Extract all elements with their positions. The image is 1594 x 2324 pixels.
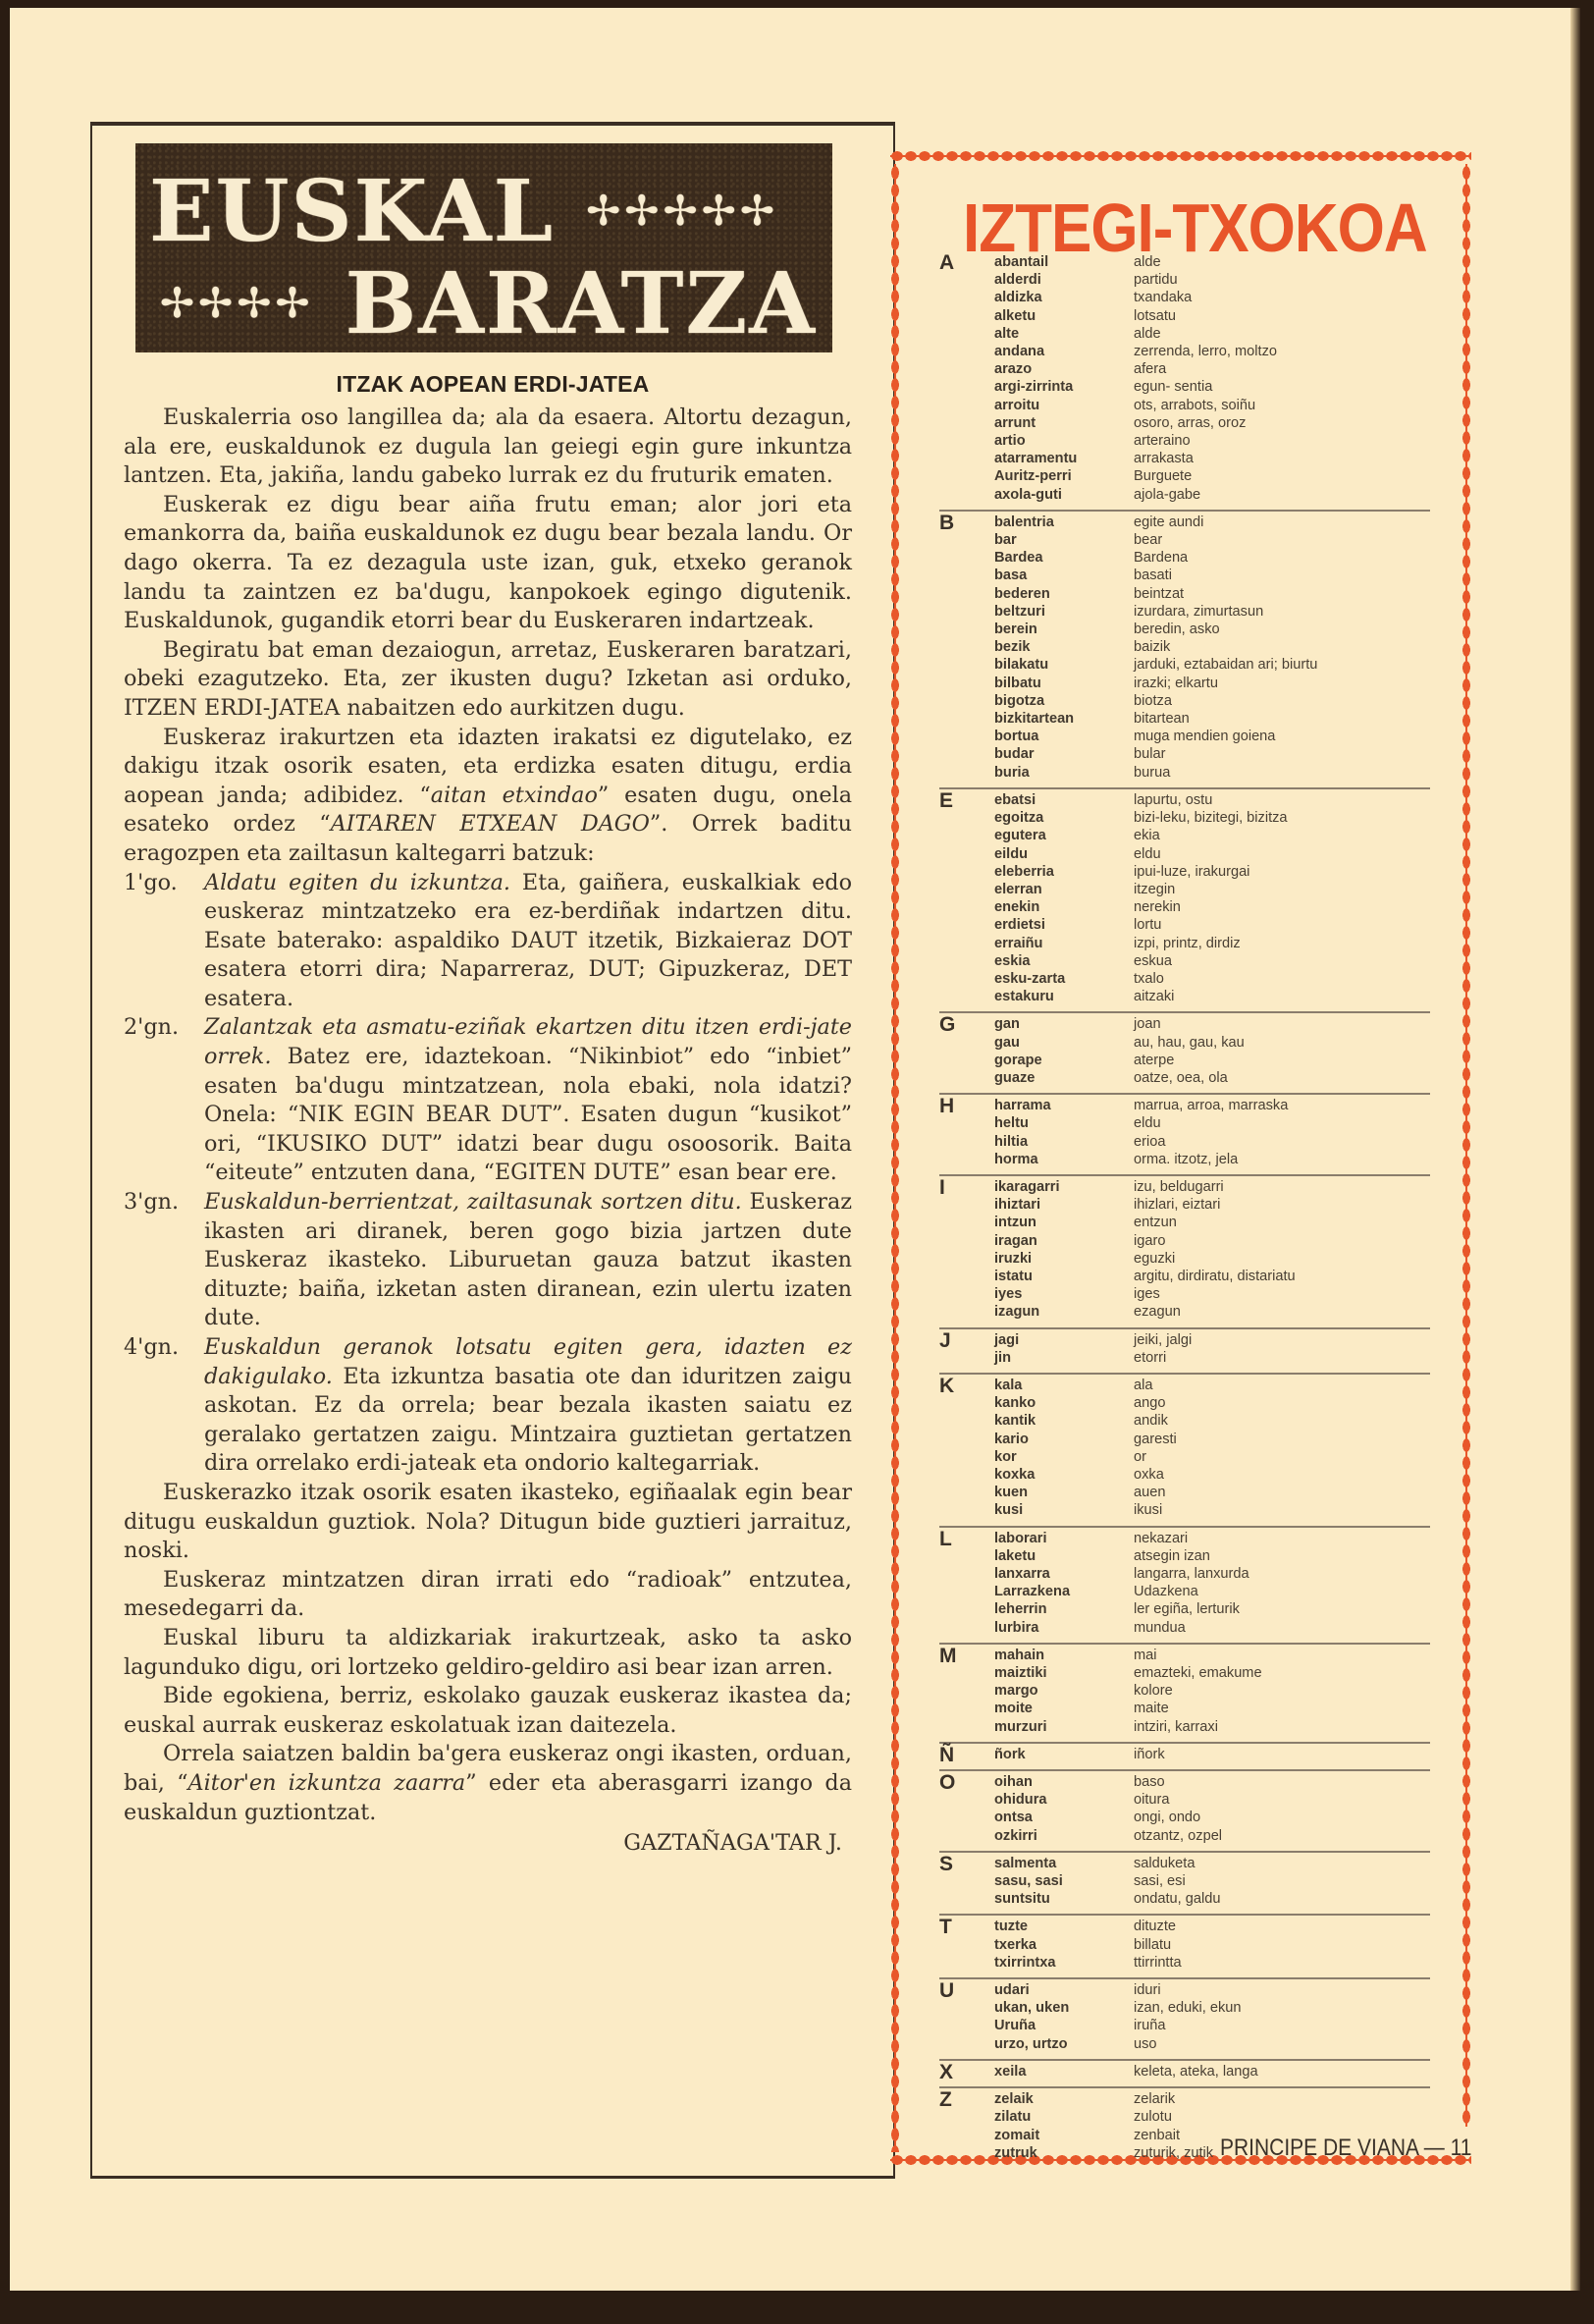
glossary-entry: harramamarrua, arroa, marraska (939, 1097, 1430, 1114)
entry-definition: ipui-luze, irakurgai (1134, 863, 1430, 881)
section-letter: E (939, 789, 953, 813)
entry-definition: eskua (1134, 952, 1430, 970)
glossary-entry: elerranitzegin (939, 881, 1430, 898)
glossary-entry: iyesiges (939, 1285, 1430, 1303)
glossary-entry: beltzuriizurdara, zimurtasun (939, 603, 1430, 621)
glossary-entry: tuztedituzte (939, 1918, 1430, 1935)
glossary-section: Eebatsilapurtu, ostuegoitzabizi-leku, bi… (939, 789, 1430, 1013)
entry-word: gorape (994, 1052, 1134, 1069)
entry-definition: kolore (1134, 1682, 1430, 1700)
entry-word: bortua (994, 728, 1134, 745)
entry-word: ozkirri (994, 1827, 1134, 1845)
entry-word: abantail (994, 253, 1134, 271)
entry-definition: garesti (1134, 1431, 1430, 1448)
glossary-section: Mmahainmaimaiztikiemazteki, emakumemargo… (939, 1645, 1430, 1744)
entry-word: suntsitu (994, 1890, 1134, 1908)
entry-definition: iduri (1134, 1981, 1430, 1999)
entry-definition: ango (1134, 1394, 1430, 1412)
entry-definition: atsegin izan (1134, 1547, 1430, 1565)
entry-word: arazo (994, 360, 1134, 378)
glossary-entry: heltueldu (939, 1114, 1430, 1132)
glossary-entry: moitemaite (939, 1700, 1430, 1717)
entry-word: zutruk (994, 2144, 1134, 2162)
glossary-entry: hiltiaerioa (939, 1133, 1430, 1151)
entry-word: ontsa (994, 1809, 1134, 1826)
entry-definition: sasi, esi (1134, 1872, 1430, 1890)
entry-word: moite (994, 1700, 1134, 1717)
glossary-section: Llaborarinekazarilaketuatsegin izanlanxa… (939, 1528, 1430, 1645)
page-edge (1570, 8, 1580, 2291)
entry-word: enekin (994, 898, 1134, 916)
numbered-point: 1'go. Aldatu egiten du izkuntza. Eta, ga… (124, 869, 852, 1014)
glossary-entry: eskiaeskua (939, 952, 1430, 970)
glossary-entry: lurbiramundua (939, 1619, 1430, 1637)
glossary-box: IZTEGI-TXOKOA Aabantailaldealderdipartid… (890, 150, 1479, 2166)
entry-definition: aitzaki (1134, 988, 1430, 1005)
entry-word: bigotza (994, 692, 1134, 710)
entry-word: jagi (994, 1331, 1134, 1349)
point-text: Euskaldun geranok lotsatu egiten gera, i… (204, 1333, 852, 1479)
entry-definition: entzun (1134, 1214, 1430, 1231)
glossary-entry: guazeoatze, oea, ola (939, 1069, 1430, 1087)
entry-word: arroitu (994, 397, 1134, 414)
section-letter: X (939, 2061, 953, 2084)
point-text: Zalantzak eta asmatu-eziñak ekartzen dit… (204, 1013, 852, 1188)
glossary-entry: laketuatsegin izan (939, 1547, 1430, 1565)
entry-word: eskia (994, 952, 1134, 970)
glossary-entry: suntsituondatu, galdu (939, 1890, 1430, 1908)
glossary-entry: bezikbaizik (939, 638, 1430, 656)
entry-word: argi-zirrinta (994, 378, 1134, 396)
entry-word: sasu, sasi (994, 1872, 1134, 1890)
glossary-entry: andanazerrenda, lerro, moltzo (939, 343, 1430, 360)
glossary-entry: txerkabillatu (939, 1936, 1430, 1954)
entry-definition: izu, beldugarri (1134, 1178, 1430, 1196)
footer-separator: — (1424, 2135, 1445, 2160)
entry-definition: erioa (1134, 1133, 1430, 1151)
glossary-section: Iikaragarriizu, beldugarriihiztariihizla… (939, 1176, 1430, 1329)
glossary-entry: ohiduraoitura (939, 1791, 1430, 1809)
entry-definition: maite (1134, 1700, 1430, 1717)
entry-word: zilatu (994, 2108, 1134, 2126)
section-letter: A (939, 251, 954, 275)
glossary-section: Gganjoangauau, hau, gau, kaugorapeaterpe… (939, 1013, 1430, 1095)
entry-word: udari (994, 1981, 1134, 1999)
glossary-entry: aldizkatxandaka (939, 289, 1430, 306)
section-letter: Ñ (939, 1744, 954, 1767)
glossary-section: Ssalmentasalduketasasu, sasisasi, esisun… (939, 1853, 1430, 1917)
section-letter: S (939, 1853, 953, 1876)
entry-word: alderdi (994, 271, 1134, 289)
article-subtitle: ITZAK AOPEAN ERDI-JATEA (92, 371, 893, 398)
entry-definition: biotza (1134, 692, 1430, 710)
glossary-entry: kusiikusi (939, 1501, 1430, 1519)
glossary-entry: budarbular (939, 745, 1430, 763)
entry-definition: etorri (1134, 1349, 1430, 1367)
point-number: 4'gn. (124, 1333, 204, 1479)
entry-word: ukan, uken (994, 1999, 1134, 2017)
glossary-entry: artioarteraino (939, 432, 1430, 450)
glossary-entry: hormaorma. itzotz, jela (939, 1151, 1430, 1168)
entry-word: kanko (994, 1394, 1134, 1412)
entry-word: kala (994, 1377, 1134, 1394)
entry-definition: uso (1134, 2035, 1430, 2053)
entry-definition: auen (1134, 1484, 1430, 1501)
entry-definition: au, hau, gau, kau (1134, 1034, 1430, 1052)
paragraph: Euskalerria oso langillea da; ala da esa… (124, 404, 852, 491)
entry-word: bizkitartean (994, 710, 1134, 728)
numbered-point: 2'gn. Zalantzak eta asmatu-eziñak ekartz… (124, 1013, 852, 1188)
author-signature: GAZTAÑAGA'TAR J. (124, 1829, 852, 1859)
entry-word: ikaragarri (994, 1178, 1134, 1196)
section-letter: B (939, 512, 954, 535)
glossary-entry: margokolore (939, 1682, 1430, 1700)
glossary-entry: udariiduri (939, 1981, 1430, 1999)
glossary-sections: Aabantailaldealderdipartidualdizkatxanda… (939, 251, 1430, 2168)
glossary-entry: bortuamuga mendien goiena (939, 728, 1430, 745)
entry-word: bar (994, 531, 1134, 549)
glossary-entry: murzuriintziri, karraxi (939, 1718, 1430, 1736)
entry-word: intzun (994, 1214, 1134, 1231)
entry-definition: ihizlari, eiztari (1134, 1196, 1430, 1214)
entry-definition: lotsatu (1134, 307, 1430, 325)
entry-word: egutera (994, 827, 1134, 844)
entry-word: atarramentu (994, 450, 1134, 467)
entry-word: budar (994, 745, 1134, 763)
entry-definition: ekia (1134, 827, 1430, 844)
glossary-entry: arroituots, arrabots, soiñu (939, 397, 1430, 414)
glossary-section: Bbalentriaegite aundibarbearBardeaBarden… (939, 512, 1430, 789)
entry-definition: izpi, printz, dirdiz (1134, 935, 1430, 952)
glossary-entry: koxkaoxka (939, 1466, 1430, 1484)
entry-definition: billatu (1134, 1936, 1430, 1954)
glossary-entry: arruntosoro, arras, oroz (939, 414, 1430, 432)
entry-definition: iñork (1134, 1746, 1430, 1763)
lauburu-ornament-icon: ✢✢✢✢ (160, 279, 314, 327)
entry-definition: lapurtu, ostu (1134, 791, 1430, 809)
entry-word: laketu (994, 1547, 1134, 1565)
entry-word: kario (994, 1431, 1134, 1448)
entry-word: arrunt (994, 414, 1134, 432)
entry-definition: irazki; elkartu (1134, 675, 1430, 692)
entry-definition: zulotu (1134, 2108, 1430, 2126)
entry-definition: burua (1134, 764, 1430, 782)
entry-word: tuzte (994, 1918, 1134, 1935)
entry-word: jin (994, 1349, 1134, 1367)
entry-word: oihan (994, 1773, 1134, 1791)
entry-definition: ots, arrabots, soiñu (1134, 397, 1430, 414)
entry-word: ihiztari (994, 1196, 1134, 1214)
article-euskal-baratza: EUSKAL ✢✢✢✢✢ ✢✢✢✢ BARATZA ITZAK AOPEAN E… (90, 122, 895, 2179)
glossary-entry: istatuargitu, dirdiratu, distariatu (939, 1268, 1430, 1285)
glossary-entry: erraiñuizpi, printz, dirdiz (939, 935, 1430, 952)
entry-definition: langarra, lanxurda (1134, 1565, 1430, 1583)
entry-word: iruzki (994, 1250, 1134, 1268)
banner-line-2: ✢✢✢✢ BARATZA (160, 261, 817, 347)
magazine-page: EUSKAL ✢✢✢✢✢ ✢✢✢✢ BARATZA ITZAK AOPEAN E… (10, 8, 1580, 2291)
publication-name: PRINCIPE DE VIANA (1220, 2135, 1418, 2160)
glossary-entry: ontsaongi, ondo (939, 1809, 1430, 1826)
entry-definition: alde (1134, 325, 1430, 343)
entry-definition: nekazari (1134, 1530, 1430, 1547)
glossary-entry: ganjoan (939, 1015, 1430, 1033)
glossary-entry: buriaburua (939, 764, 1430, 782)
glossary-entry: argi-zirrintaegun- sentia (939, 378, 1430, 396)
section-letter: O (939, 1771, 955, 1795)
glossary-section: Ttuztedituztetxerkabillatutxirrintxattir… (939, 1916, 1430, 1979)
entry-definition: baizik (1134, 638, 1430, 656)
entry-definition: ala (1134, 1377, 1430, 1394)
entry-definition: ondatu, galdu (1134, 1890, 1430, 1908)
glossary-entry: kalaala (939, 1377, 1430, 1394)
entry-definition: alde (1134, 253, 1430, 271)
entry-word: heltu (994, 1114, 1134, 1132)
entry-definition: marrua, arroa, marraska (1134, 1097, 1430, 1114)
lauburu-ornament-icon: ✢✢✢✢✢ (586, 187, 778, 235)
entry-word: horma (994, 1151, 1134, 1168)
glossary-entry: jagijeiki, jalgi (939, 1331, 1430, 1349)
entry-word: gan (994, 1015, 1134, 1033)
glossary-entry: eildueldu (939, 845, 1430, 863)
entry-word: erraiñu (994, 935, 1134, 952)
entry-definition: bizi-leku, bizitegi, bizitza (1134, 809, 1430, 827)
entry-word: basa (994, 567, 1134, 584)
wavy-border-top (890, 150, 1471, 162)
entry-word: leherrin (994, 1600, 1134, 1618)
entry-definition: salduketa (1134, 1855, 1430, 1872)
entry-definition: joan (1134, 1015, 1430, 1033)
entry-definition: keleta, ateka, langa (1134, 2063, 1430, 2081)
entry-definition: zerrenda, lerro, moltzo (1134, 343, 1430, 360)
entry-definition: andik (1134, 1412, 1430, 1430)
glossary-entry: kariogaresti (939, 1431, 1430, 1448)
entry-word: iragan (994, 1232, 1134, 1250)
glossary-entry: atarramentuarrakasta (939, 450, 1430, 467)
glossary-entry: BardeaBardena (939, 549, 1430, 567)
entry-word: berein (994, 621, 1134, 638)
entry-word: bilbatu (994, 675, 1134, 692)
section-letter: U (939, 1979, 954, 2003)
page-number: 11 (1451, 2135, 1472, 2160)
entry-definition: iges (1134, 1285, 1430, 1303)
glossary-entry: ikaragarriizu, beldugarri (939, 1178, 1430, 1196)
glossary-entry: axola-gutiajola-gabe (939, 486, 1430, 504)
entry-word: maiztiki (994, 1664, 1134, 1682)
banner-word-euskal: EUSKAL (149, 162, 555, 261)
glossary-entry: txirrintxattirrintta (939, 1954, 1430, 1972)
entry-definition: ikusi (1134, 1501, 1430, 1519)
glossary-entry: arazoafera (939, 360, 1430, 378)
entry-word: laborari (994, 1530, 1134, 1547)
entry-word: beltzuri (994, 603, 1134, 621)
entry-definition: eguzki (1134, 1250, 1430, 1268)
glossary-entry: oihanbaso (939, 1773, 1430, 1791)
article-banner: EUSKAL ✢✢✢✢✢ ✢✢✢✢ BARATZA (135, 143, 832, 352)
entry-word: esku-zarta (994, 970, 1134, 988)
entry-word: bezik (994, 638, 1134, 656)
entry-word: eildu (994, 845, 1134, 863)
entry-word: urzo, urtzo (994, 2035, 1134, 2053)
entry-definition: basati (1134, 567, 1430, 584)
entry-word: elerran (994, 881, 1134, 898)
glossary-entry: erdietsilortu (939, 916, 1430, 934)
glossary-section: Xxeilakeleta, ateka, langa (939, 2061, 1430, 2088)
glossary-entry: leherrinler egiña, lerturik (939, 1600, 1430, 1618)
section-letter: I (939, 1176, 945, 1200)
entry-word: Bardea (994, 549, 1134, 567)
entry-definition: lortu (1134, 916, 1430, 934)
entry-definition: arrakasta (1134, 450, 1430, 467)
paragraph: Bide egokiena, berriz, eskolako gauzak e… (124, 1682, 852, 1740)
entry-definition: argitu, dirdiratu, distariatu (1134, 1268, 1430, 1285)
entry-word: estakuru (994, 988, 1134, 1005)
point-number: 2'gn. (124, 1013, 204, 1188)
point-number: 3'gn. (124, 1188, 204, 1333)
entry-definition: oatze, oea, ola (1134, 1069, 1430, 1087)
entry-word: kusi (994, 1501, 1134, 1519)
glossary-entry: egoitzabizi-leku, bizitegi, bizitza (939, 809, 1430, 827)
glossary-entry: eguteraekia (939, 827, 1430, 844)
glossary-entry: kuenauen (939, 1484, 1430, 1501)
entry-definition: zelarik (1134, 2090, 1430, 2108)
entry-definition: izan, eduki, ekun (1134, 1999, 1430, 2017)
entry-word: zelaik (994, 2090, 1134, 2108)
point-text: Euskaldun-berrientzat, zailtasunak sortz… (204, 1188, 852, 1333)
entry-definition: arteraino (1134, 432, 1430, 450)
entry-definition: Burguete (1134, 467, 1430, 485)
glossary-entry: bederenbeintzat (939, 585, 1430, 603)
section-letter: L (939, 1528, 952, 1551)
entry-definition: Bardena (1134, 549, 1430, 567)
glossary-section: Ññorkiñork (939, 1744, 1430, 1771)
glossary-entry: abantailalde (939, 253, 1430, 271)
entry-definition: ttirrintta (1134, 1954, 1430, 1972)
glossary-section: Hharramamarrua, arroa, marraskaheltueldu… (939, 1095, 1430, 1176)
entry-definition: ler egiña, lerturik (1134, 1600, 1430, 1618)
numbered-point: 3'gn. Euskaldun-berrientzat, zailtasunak… (124, 1188, 852, 1333)
entry-word: lanxarra (994, 1565, 1134, 1583)
entry-word: iyes (994, 1285, 1134, 1303)
entry-word: bilakatu (994, 656, 1134, 674)
glossary-entry: gorapeaterpe (939, 1052, 1430, 1069)
entry-word: koxka (994, 1466, 1134, 1484)
glossary-entry: bilbatuirazki; elkartu (939, 675, 1430, 692)
banner-word-baratza: BARATZA (345, 254, 817, 353)
entry-word: kuen (994, 1484, 1134, 1501)
entry-definition: beintzat (1134, 585, 1430, 603)
glossary-entry: Auritz-perriBurguete (939, 467, 1430, 485)
glossary-entry: kantikandik (939, 1412, 1430, 1430)
section-letter: M (939, 1645, 957, 1668)
numbered-point: 4'gn. Euskaldun geranok lotsatu egiten g… (124, 1333, 852, 1479)
glossary-entry: bizkitarteanbitartean (939, 710, 1430, 728)
glossary-entry: ñorkiñork (939, 1746, 1430, 1763)
entry-word: artio (994, 432, 1134, 450)
glossary-entry: esku-zartatxalo (939, 970, 1430, 988)
entry-word: ñork (994, 1746, 1134, 1763)
entry-definition: txandaka (1134, 289, 1430, 306)
glossary-entry: alderdipartidu (939, 271, 1430, 289)
entry-definition: muga mendien goiena (1134, 728, 1430, 745)
entry-definition: eldu (1134, 845, 1430, 863)
paragraph: Euskal liburu ta aldizkariak irakurtzeak… (124, 1624, 852, 1682)
entry-definition: izurdara, zimurtasun (1134, 603, 1430, 621)
entry-definition: oxka (1134, 1466, 1430, 1484)
glossary-entry: ihiztariihizlari, eiztari (939, 1196, 1430, 1214)
glossary-entry: lanxarralangarra, lanxurda (939, 1565, 1430, 1583)
glossary-section: Uudariiduriukan, ukenizan, eduki, ekunUr… (939, 1979, 1430, 2061)
glossary-entry: Uruñairuña (939, 2017, 1430, 2034)
entry-word: izagun (994, 1303, 1134, 1321)
entry-definition: mundua (1134, 1619, 1430, 1637)
entry-word: salmenta (994, 1855, 1134, 1872)
entry-word: guaze (994, 1069, 1134, 1087)
entry-word: ohidura (994, 1791, 1134, 1809)
paragraph: Euskeraz mintzatzen diran irrati edo “ra… (124, 1566, 852, 1624)
glossary-entry: laborarinekazari (939, 1530, 1430, 1547)
entry-definition: itzegin (1134, 881, 1430, 898)
entry-definition: bear (1134, 531, 1430, 549)
entry-definition: bitartean (1134, 710, 1430, 728)
entry-definition: otzantz, ozpel (1134, 1827, 1430, 1845)
entry-word: Larrazkena (994, 1583, 1134, 1600)
entry-word: xeila (994, 2063, 1134, 2081)
entry-word: egoitza (994, 809, 1134, 827)
entry-definition: egun- sentia (1134, 378, 1430, 396)
glossary-entry: gauau, hau, gau, kau (939, 1034, 1430, 1052)
glossary-entry: xeilakeleta, ateka, langa (939, 2063, 1430, 2081)
entry-definition: partidu (1134, 271, 1430, 289)
entry-word: andana (994, 343, 1134, 360)
paragraph: Euskeraz irakurtzen eta idazten irakatsi… (124, 724, 852, 869)
entry-word: hiltia (994, 1133, 1134, 1151)
entry-definition: Udazkena (1134, 1583, 1430, 1600)
entry-word: mahain (994, 1647, 1134, 1664)
glossary-entry: balentriaegite aundi (939, 513, 1430, 531)
entry-definition: bular (1134, 745, 1430, 763)
glossary-entry: ebatsilapurtu, ostu (939, 791, 1430, 809)
section-letter: G (939, 1013, 955, 1037)
section-letter: H (939, 1095, 954, 1118)
entry-word: alte (994, 325, 1134, 343)
entry-word: txerka (994, 1936, 1134, 1954)
entry-definition: beredin, asko (1134, 621, 1430, 638)
entry-word: ebatsi (994, 791, 1134, 809)
glossary-entry: alketulotsatu (939, 307, 1430, 325)
entry-word: balentria (994, 513, 1134, 531)
entry-definition: iruña (1134, 2017, 1430, 2034)
glossary-section: Jjagijeiki, jalgijinetorri (939, 1329, 1430, 1375)
glossary-entry: zelaikzelarik (939, 2090, 1430, 2108)
entry-word: bederen (994, 585, 1134, 603)
glossary-entry: urzo, urtzouso (939, 2035, 1430, 2053)
glossary-entry: ozkirriotzantz, ozpel (939, 1827, 1430, 1845)
entry-definition: ongi, ondo (1134, 1809, 1430, 1826)
glossary-entry: zilatuzulotu (939, 2108, 1430, 2126)
glossary-entry: sasu, sasisasi, esi (939, 1872, 1430, 1890)
entry-word: txirrintxa (994, 1954, 1134, 1972)
glossary-entry: altealde (939, 325, 1430, 343)
glossary-entry: LarrazkenaUdazkena (939, 1583, 1430, 1600)
entry-definition: nerekin (1134, 898, 1430, 916)
glossary-entry: kankoango (939, 1394, 1430, 1412)
entry-word: harrama (994, 1097, 1134, 1114)
entry-word: margo (994, 1682, 1134, 1700)
entry-definition: orma. itzotz, jela (1134, 1151, 1430, 1168)
paragraph: Begiratu bat eman dezaiogun, arretaz, Eu… (124, 636, 852, 724)
paragraph: Euskerak ez digu bear aiña frutu eman; a… (124, 491, 852, 636)
entry-definition: ezagun (1134, 1303, 1430, 1321)
